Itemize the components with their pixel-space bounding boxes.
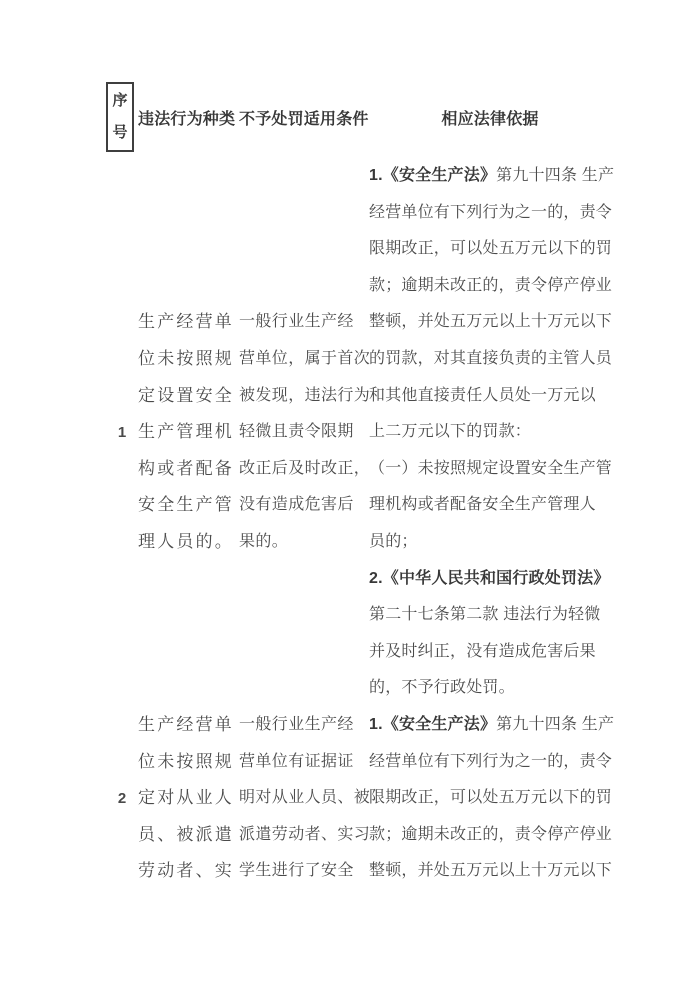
row-2-legal-para-1: 1.《安全生产法》第九十四条 生产 经营单位有下列行为之一的，责令 限期改正，可… <box>369 707 611 890</box>
table-row-1: 1 生产经营单 位未按照规 定设置安全 生产管理机 构或者配备 安全生产管 理人… <box>106 158 626 707</box>
header-cell-condition: 不予处罚适用条件 <box>239 96 369 139</box>
row-1-condition: 一般行业生产经 营单位，属于首次 被发现，违法行为 轻微且责令限期 改正后及时改… <box>239 304 369 560</box>
law-text: 第九十四条 生产 经营单位有下列行为之一的，责令 限期改正，可以处五万元以下的罚… <box>369 167 614 440</box>
row-1-legal-para-3: 2.《中华人民共和国行政处罚法》 第二十七条第二款 违法行为轻微 并及时纠正，没… <box>369 561 611 707</box>
law-name-bold: 2.《中华人民共和国行政处罚法》 <box>369 570 610 587</box>
table-row-2: 2 生产经营单 位未按照规 定对从业人 员、被派遣 劳动者、实 一般行业生产经 … <box>106 707 626 890</box>
seq-header-box: 序 号 <box>106 82 134 152</box>
row-1-legal-para-2: （一）未按照规定设置安全生产管 理机构或者配备安全生产管理人 员的； <box>369 451 611 561</box>
row-1-legal-para-1: 1.《安全生产法》第九十四条 生产 经营单位有下列行为之一的，责令 限期改正，可… <box>369 158 611 451</box>
header-cell-seq: 序 号 <box>106 82 138 152</box>
header-cell-legal: 相应法律依据 <box>369 96 611 139</box>
document-page: 序 号 违法行为种类 不予处罚适用条件 相应法律依据 1 生产经营单 位未按照规… <box>0 0 700 990</box>
row-2-condition: 一般行业生产经 营单位有证据证 明对从业人员、被 派遣劳动者、实习 学生进行了安… <box>239 707 369 890</box>
row-1-violation: 生产经营单 位未按照规 定设置安全 生产管理机 构或者配备 安全生产管 理人员的… <box>138 304 239 560</box>
row-2-legal: 1.《安全生产法》第九十四条 生产 经营单位有下列行为之一的，责令 限期改正，可… <box>369 707 611 890</box>
row-1-legal: 1.《安全生产法》第九十四条 生产 经营单位有下列行为之一的，责令 限期改正，可… <box>369 158 611 707</box>
law-name-bold: 1.《安全生产法》 <box>369 167 496 184</box>
row-2-violation: 生产经营单 位未按照规 定对从业人 员、被派遣 劳动者、实 <box>138 707 239 890</box>
header-cell-violation: 违法行为种类 <box>138 96 239 139</box>
seq-header-label: 序 号 <box>112 85 127 149</box>
law-text: （一）未按照规定设置安全生产管 理机构或者配备安全生产管理人 员的； <box>369 460 612 550</box>
penalty-table: 序 号 违法行为种类 不予处罚适用条件 相应法律依据 1 生产经营单 位未按照规… <box>106 82 626 890</box>
row-1-seq: 1 <box>106 424 138 441</box>
table-header: 序 号 违法行为种类 不予处罚适用条件 相应法律依据 <box>106 82 626 152</box>
law-text: 第九十四条 生产 经营单位有下列行为之一的，责令 限期改正，可以处五万元以下的罚… <box>369 716 614 879</box>
law-name-bold: 1.《安全生产法》 <box>369 716 496 733</box>
law-text: 第二十七条第二款 违法行为轻微 并及时纠正，没有造成危害后果 的，不予行政处罚。 <box>369 606 600 696</box>
row-2-seq: 2 <box>106 790 138 807</box>
